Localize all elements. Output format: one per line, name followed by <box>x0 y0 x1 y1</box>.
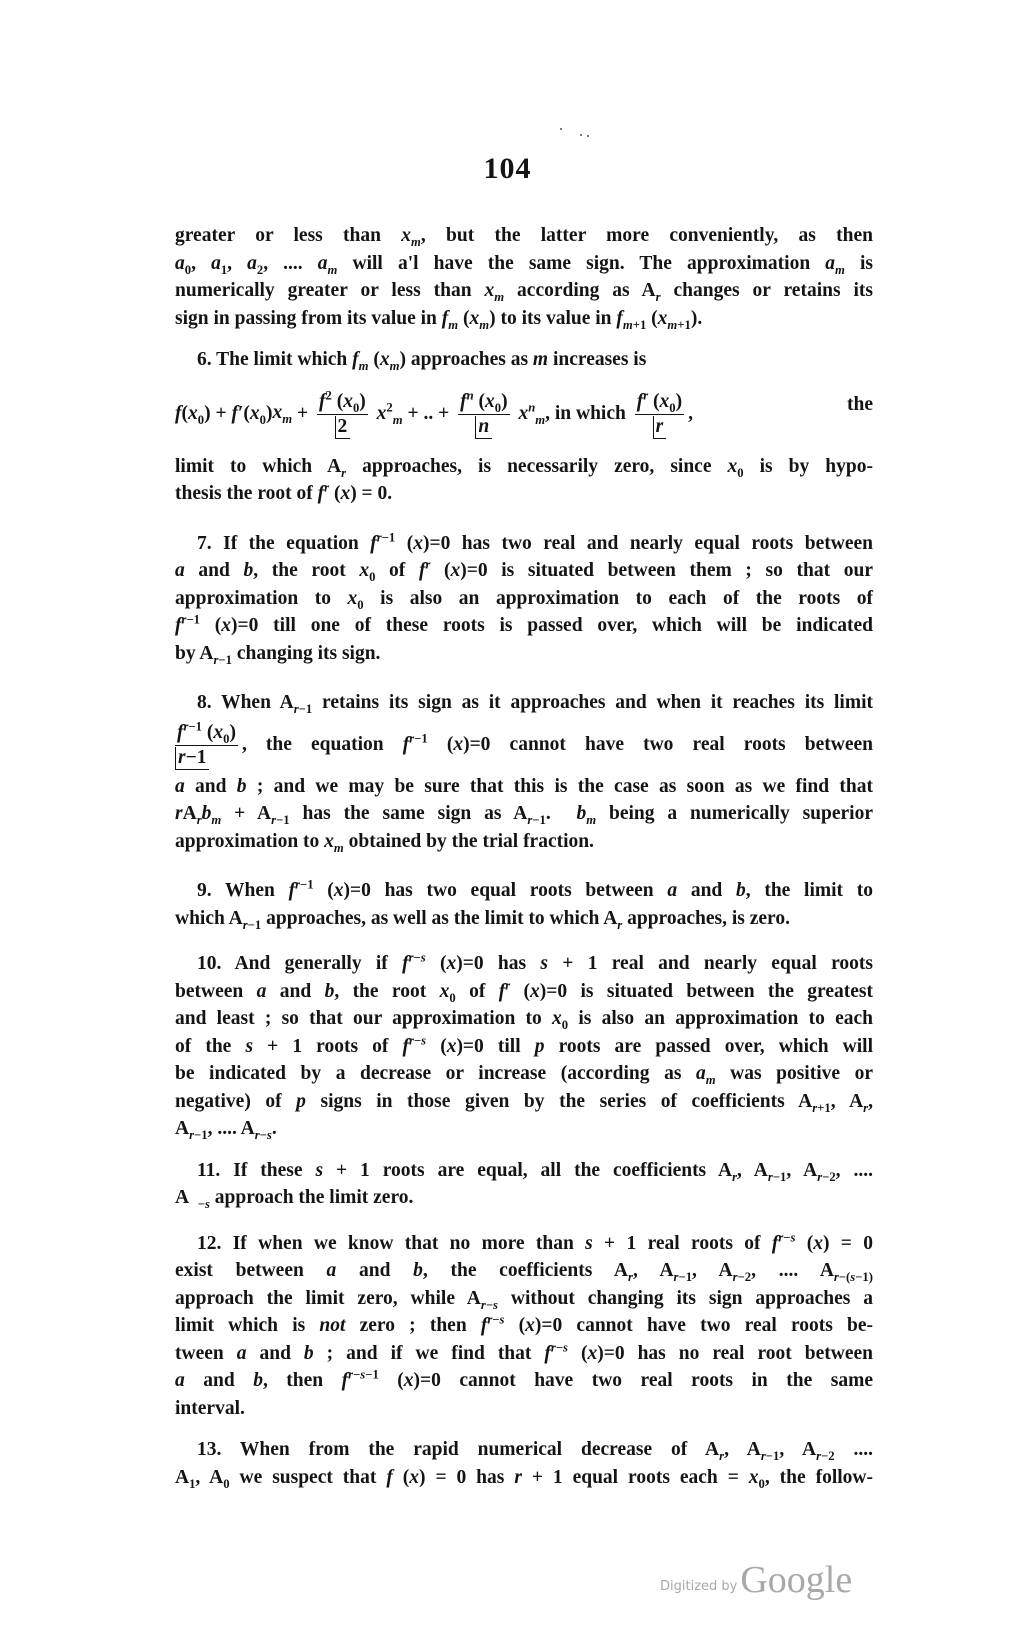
text-line: 13. When from the rapid numerical decrea… <box>175 1436 873 1464</box>
section-number: 12. <box>197 1233 221 1254</box>
text-line: numerically greater or less than xm acco… <box>175 277 873 305</box>
section-number: 7. <box>197 533 212 554</box>
section-number: 6. <box>197 349 212 370</box>
text-line: a and b ; and we may be sure that this i… <box>175 773 873 801</box>
text-line: which Ar−1 approaches, as well as the li… <box>175 905 873 933</box>
text-line: a and b, the root x0 of fr (x)=0 is situ… <box>175 557 873 585</box>
google-logo: Google <box>740 1559 852 1601</box>
text-line: 8. When Ar−1 retains its sign as it appr… <box>175 689 873 717</box>
text-line: negative) of p signs in those given by t… <box>175 1088 873 1116</box>
text-line: exist between a and b, the coefficients … <box>175 1257 873 1285</box>
section-6: 6. The limit which fm (xm) approaches as… <box>175 346 873 508</box>
text-line: 12. If when we know that no more than s … <box>175 1230 873 1258</box>
text-line: tween a and b ; and if we find that fr−s… <box>175 1340 873 1368</box>
speck <box>580 134 582 136</box>
text-line: approximation to xm obtained by the tria… <box>175 828 873 856</box>
section-7: 7. If the equation fr−1 (x)=0 has two re… <box>175 530 873 668</box>
section-8: 8. When Ar−1 retains its sign as it appr… <box>175 689 873 855</box>
text-line: be indicated by a decrease or increase (… <box>175 1060 873 1088</box>
text-line: Ar−1, .... Ar−s. <box>175 1115 873 1143</box>
text-line: rArbm + Ar−1 has the same sign as Ar−1. … <box>175 800 873 828</box>
section-number: 11. <box>197 1160 220 1181</box>
section-10: 10. And generally if fr−s (x)=0 has s + … <box>175 950 873 1143</box>
text-line: between a and b, the root x0 of fr (x)=0… <box>175 978 873 1006</box>
fraction: fr−1 (x0)r−1 <box>175 721 238 770</box>
speck <box>560 128 562 130</box>
text-line: 7. If the equation fr−1 (x)=0 has two re… <box>175 530 873 558</box>
page-number: 104 <box>0 152 1015 186</box>
section-9: 9. When fr−1 (x)=0 has two equal roots b… <box>175 877 873 932</box>
text-line: a and b, then fr−s−1 (x)=0 cannot have t… <box>175 1367 873 1395</box>
paragraph-continuation: greater or less than xm, but the latter … <box>175 222 873 332</box>
text-line: by Ar−1 changing its sign. <box>175 640 873 668</box>
scan-specks <box>560 128 620 148</box>
text-line: A −s approach the limit zero. <box>175 1184 873 1212</box>
text-line: approach the limit zero, while Ar−s with… <box>175 1285 873 1313</box>
text-fragment: the <box>847 390 873 420</box>
speck <box>587 135 589 137</box>
section-11: 11. If these s + 1 roots are equal, all … <box>175 1157 873 1212</box>
section-number: 9. <box>197 880 212 901</box>
text-line: of the s + 1 roots of fr−s (x)=0 till p … <box>175 1033 873 1061</box>
section-13: 13. When from the rapid numerical decrea… <box>175 1436 873 1491</box>
text-line: limit to which Ar approaches, is necessa… <box>175 453 873 481</box>
text-line: greater or less than xm, but the latter … <box>175 222 873 250</box>
text-line: sign in passing from its value in fm (xm… <box>175 305 873 333</box>
fraction: fn (x0)n <box>458 390 510 439</box>
text-line: 11. If these s + 1 roots are equal, all … <box>175 1157 873 1185</box>
text-line: thesis the root of fr (x) = 0. <box>175 480 873 508</box>
text-line: 6. The limit which fm (xm) approaches as… <box>175 346 873 374</box>
text-line: 9. When fr−1 (x)=0 has two equal roots b… <box>175 877 873 905</box>
fraction: fr (x0)r <box>635 390 684 439</box>
section-number: 8. <box>197 692 212 713</box>
text-line: fr−1 (x)=0 till one of these roots is pa… <box>175 612 873 640</box>
page-body: greater or less than xm, but the latter … <box>175 222 873 1505</box>
section-number: 13. <box>197 1439 221 1460</box>
text-line: A1, A0 we suspect that f (x) = 0 has r +… <box>175 1464 873 1492</box>
text-line: approximation to x0 is also an approxima… <box>175 585 873 613</box>
text-line: fr−1 (x0)r−1, the equation fr−1 (x)=0 ca… <box>175 717 873 773</box>
section-12: 12. If when we know that no more than s … <box>175 1230 873 1423</box>
text-line: limit which is not zero ; then fr−s (x)=… <box>175 1312 873 1340</box>
series-formula: f(x0) + f′(x0)xm + f2 (x0)2 x2m + .. + f… <box>175 390 873 439</box>
fraction: f2 (x0)2 <box>317 390 368 439</box>
watermark-prefix: Digitized by <box>660 1579 737 1594</box>
text-line: interval. <box>175 1395 873 1423</box>
text-line: a0, a1, a2, .... am will a'l have the sa… <box>175 250 873 278</box>
text-line: and least ; so that our approximation to… <box>175 1005 873 1033</box>
digitized-by-google-watermark: Digitized byGoogle <box>660 1558 852 1602</box>
section-number: 10. <box>197 953 221 974</box>
scanned-book-page: 104 greater or less than xm, but the lat… <box>0 0 1015 1628</box>
text-line: 10. And generally if fr−s (x)=0 has s + … <box>175 950 873 978</box>
